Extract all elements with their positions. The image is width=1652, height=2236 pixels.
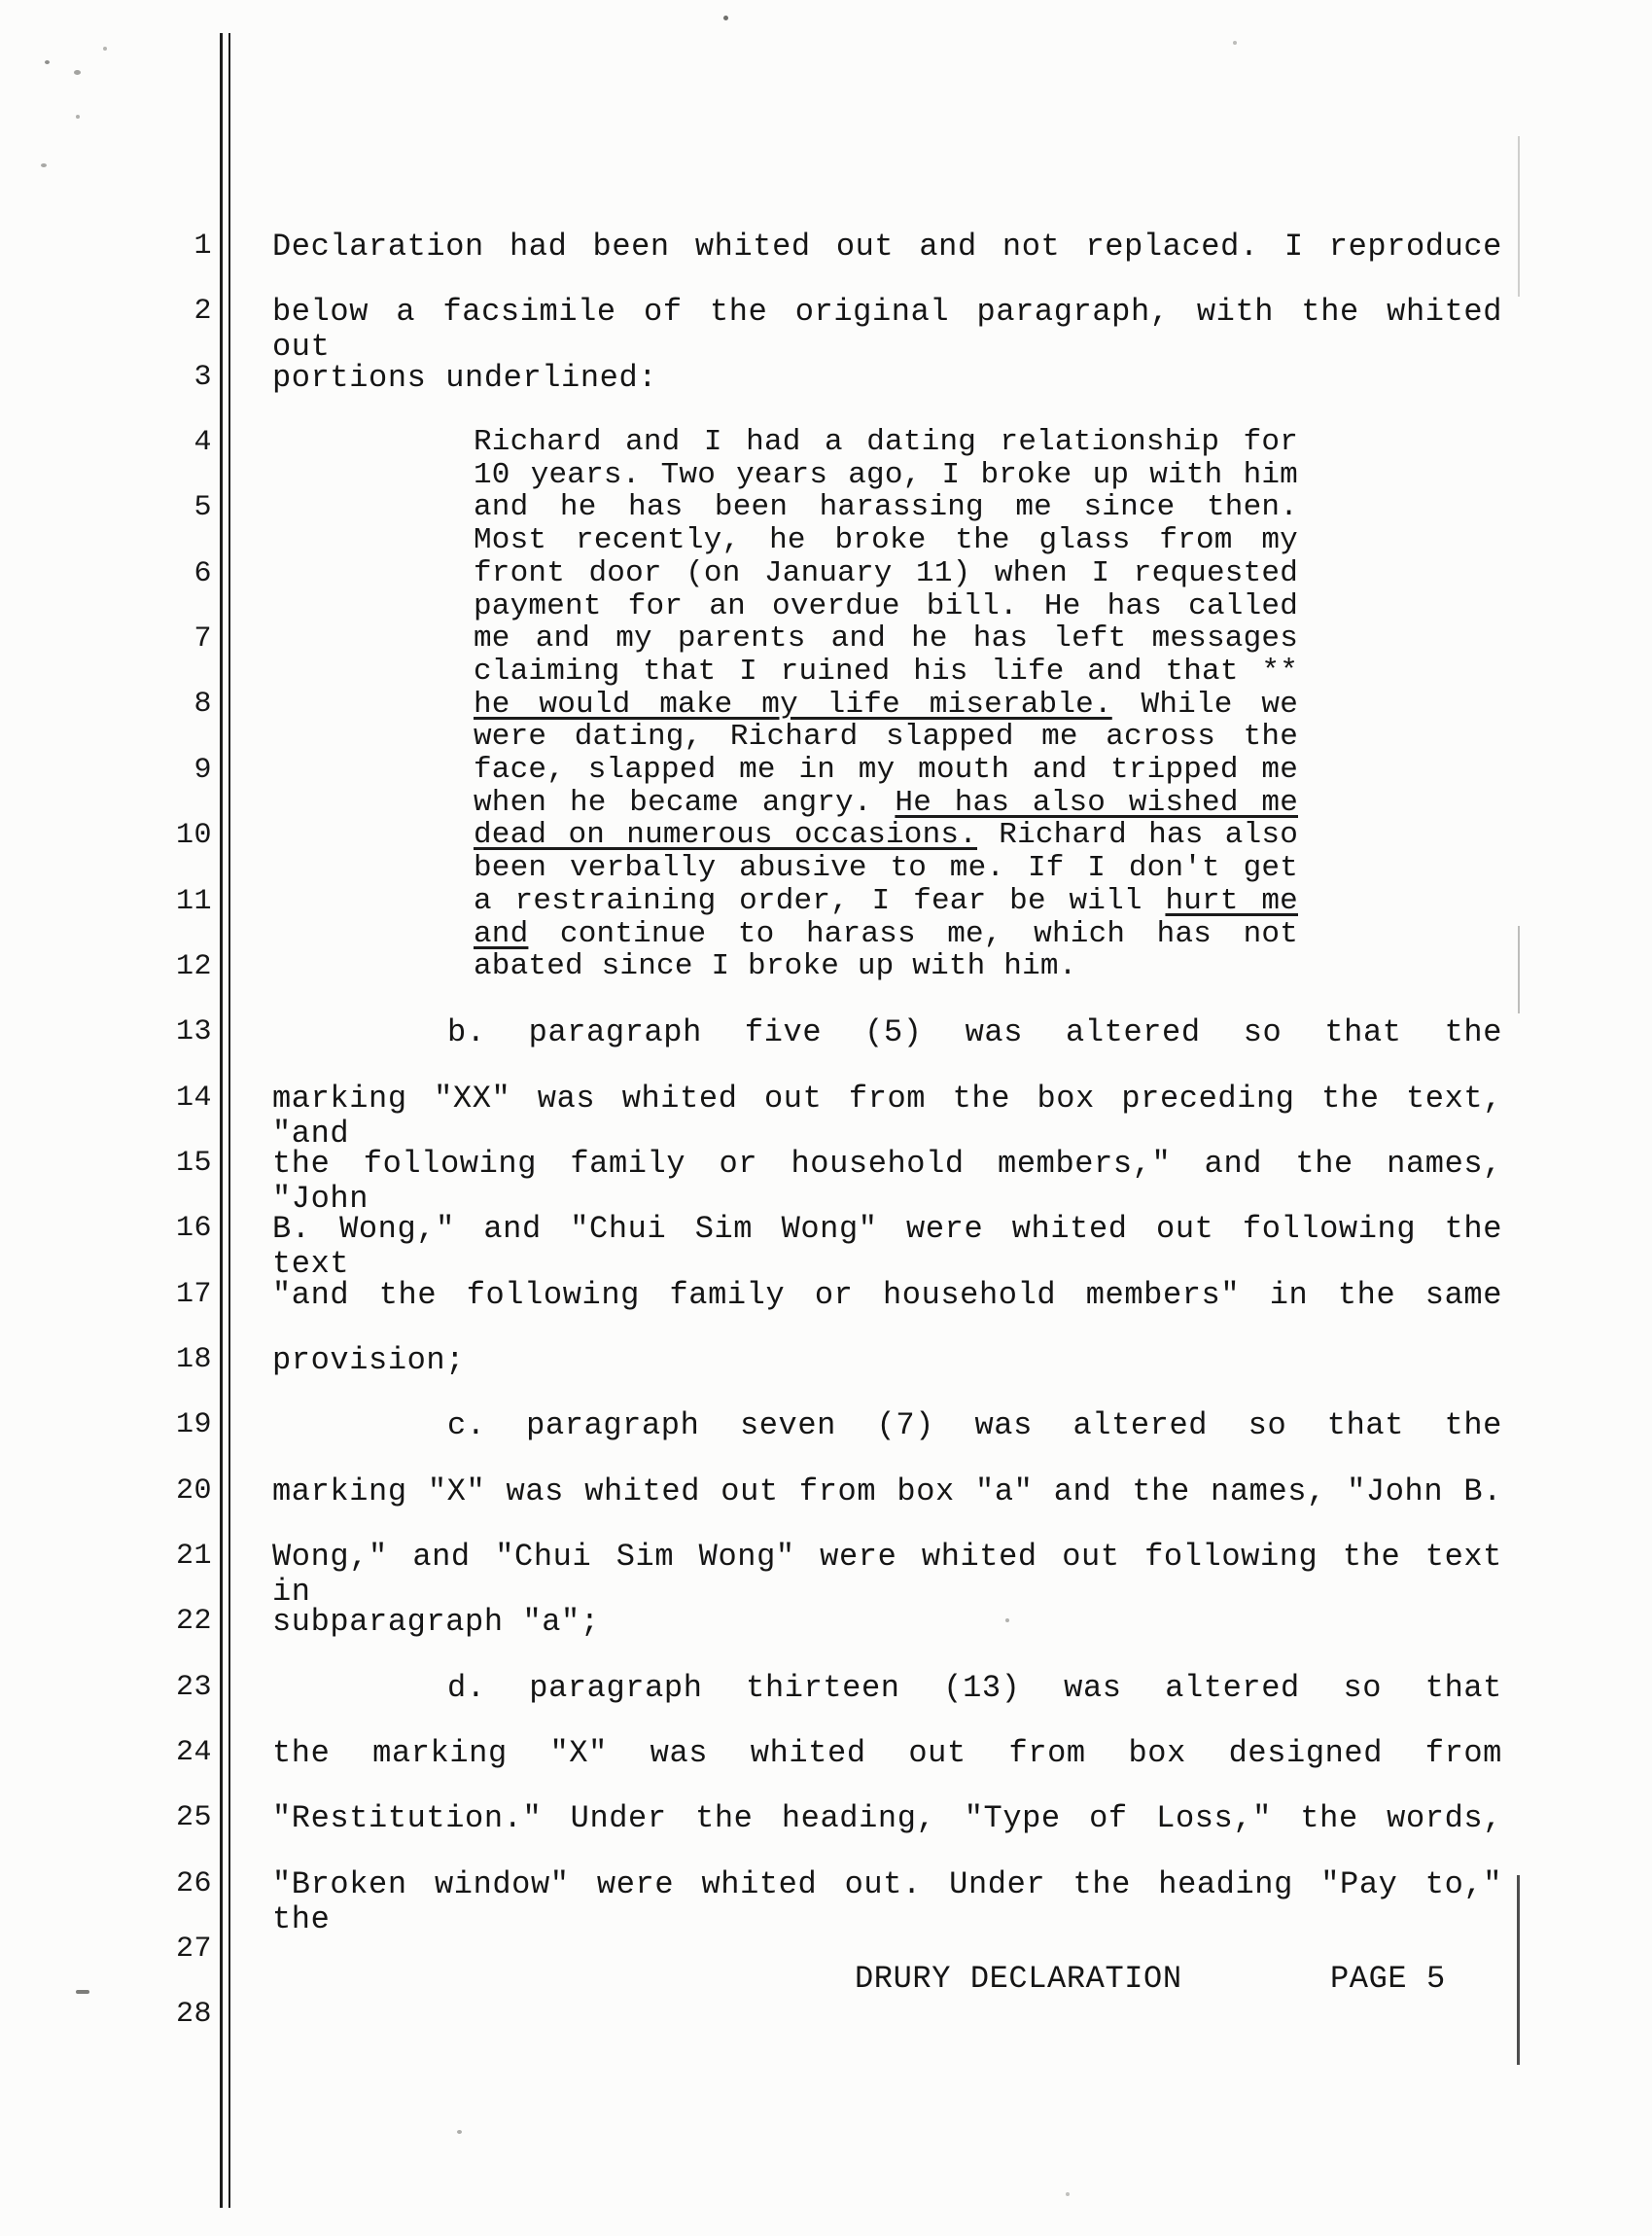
left-margin-rule-inner [228,33,230,2208]
quote-line: when he became angry. He has also wished… [474,787,1298,820]
line-number: 19 [107,1408,212,1441]
quote-text: 10 years. Two years ago, I broke up with… [474,458,1298,492]
underlined-text: He has also wished me [895,786,1298,820]
line-number: 11 [107,885,212,918]
line-number: 24 [107,1736,212,1769]
quote-line: front door (on January 11) when I reques… [474,557,1298,590]
footer-document-label: DRURY DECLARATION [855,1961,1182,1997]
line-number: 13 [107,1015,212,1048]
quote-text: me and my parents and he has left messag… [474,621,1298,656]
quote-line: 10 years. Two years ago, I broke up with… [474,459,1298,492]
quote-text: payment for an overdue bill. He has call… [474,589,1298,623]
text-row: portions underlined: [272,361,1502,396]
text-row: the following family or household member… [272,1147,1502,1217]
scan-artifact [1066,2192,1070,2196]
quote-text: been verbally abusive to me. If I don't … [474,851,1298,885]
underlined-text: he would make my life miserable. [474,688,1112,722]
quote-block: Richard and I had a dating relationship … [474,426,1298,983]
quote-text: Richard has also [977,818,1298,852]
quote-line: dead on numerous occasions. Richard has … [474,819,1298,852]
quote-line: Richard and I had a dating relationship … [474,426,1298,459]
quote-line: payment for an overdue bill. He has call… [474,590,1298,623]
pleading-page: 1234567891011121314151617181920212223242… [0,0,1652,2236]
text-row: "Restitution." Under the heading, "Type … [272,1801,1502,1836]
quote-text: While we [1112,688,1298,722]
line-number: 21 [107,1540,212,1573]
quote-text: Richard and I had a dating relationship … [474,425,1298,459]
quote-text: continue to harass me, which has not [528,917,1298,951]
scan-artifact [41,163,47,167]
quote-line: me and my parents and he has left messag… [474,622,1298,656]
underlined-text: and [474,917,528,951]
underlined-text: hurt me [1165,884,1298,918]
text-row: d. paragraph thirteen (13) was altered s… [272,1671,1502,1706]
quote-line: and he has been harassing me since then. [474,491,1298,524]
footer-page-number: PAGE 5 [1330,1961,1446,1997]
line-number: 2 [107,295,212,328]
text-row: c. paragraph seven (7) was altered so th… [272,1408,1502,1443]
scan-artifact [76,115,80,119]
line-number: 16 [107,1212,212,1245]
line-number: 10 [107,819,212,852]
line-number: 5 [107,491,212,524]
line-number: 7 [107,622,212,656]
text-row: subparagraph "a"; [272,1605,1502,1640]
quote-text: and he has been harassing me since then. [474,490,1298,524]
line-number: 28 [107,1998,212,2031]
text-row: marking "X" was whited out from box "a" … [272,1474,1502,1509]
quote-text: face, slapped me in my mouth and tripped… [474,753,1298,787]
line-number: 26 [107,1867,212,1900]
quote-text: when he became angry. [474,786,895,820]
quote-text: a restraining order, I fear be will [474,884,1165,918]
right-margin-rule-segment [1518,136,1520,297]
scan-artifact [1005,1618,1009,1622]
line-number: 20 [107,1474,212,1508]
text-row: the marking "X" was whited out from box … [272,1736,1502,1771]
quote-line: and continue to harass me, which has not [474,918,1298,951]
quote-text: front door (on January 11) when I reques… [474,556,1298,590]
scan-artifact [103,47,107,51]
quote-line: a restraining order, I fear be will hurt… [474,885,1298,918]
text-row: B. Wong," and "Chui Sim Wong" were white… [272,1212,1502,1282]
page-footer: DRURY DECLARATION PAGE 5 [0,1961,1652,2000]
quote-line: abated since I broke up with him. [474,950,1298,983]
line-number: 9 [107,754,212,787]
text-row: b. paragraph five (5) was altered so tha… [272,1015,1502,1050]
text-row: "and the following family or household m… [272,1278,1502,1313]
scan-artifact [1233,41,1237,45]
scan-artifact [723,16,728,20]
quote-text: abated since I broke up with him. [474,949,1077,983]
scan-artifact [457,2130,462,2134]
scan-artifact [74,70,81,75]
text-row: below a facsimile of the original paragr… [272,295,1502,365]
line-number: 3 [107,361,212,394]
quote-line: been verbally abusive to me. If I don't … [474,852,1298,885]
line-number: 23 [107,1671,212,1704]
text-row: provision; [272,1343,1502,1378]
line-number: 6 [107,557,212,590]
line-number: 15 [107,1147,212,1180]
underlined-text: dead on numerous occasions. [474,818,977,852]
text-row: Declaration had been whited out and not … [272,230,1502,265]
scan-artifact [76,1990,89,1994]
text-row: marking "XX" was whited out from the box… [272,1082,1502,1152]
line-number: 17 [107,1278,212,1311]
scan-artifact [45,60,50,64]
line-number: 4 [107,426,212,459]
text-row: Wong," and "Chui Sim Wong" were whited o… [272,1540,1502,1610]
line-number: 18 [107,1343,212,1376]
quote-line: he would make my life miserable. While w… [474,689,1298,722]
quote-text: Most recently, he broke the glass from m… [474,523,1298,557]
quote-text: claiming that I ruined his life and that… [474,655,1298,689]
line-number: 12 [107,950,212,983]
quote-text: were dating, Richard slapped me across t… [474,720,1298,754]
line-number: 25 [107,1801,212,1834]
line-number: 14 [107,1082,212,1115]
left-margin-rule-outer [220,33,223,2208]
line-number: 8 [107,688,212,721]
right-margin-rule-segment [1518,926,1520,1013]
text-row: "Broken window" were whited out. Under t… [272,1867,1502,1937]
quote-line: Most recently, he broke the glass from m… [474,524,1298,557]
quote-line: claiming that I ruined his life and that… [474,656,1298,689]
line-number: 22 [107,1605,212,1638]
quote-line: face, slapped me in my mouth and tripped… [474,754,1298,787]
quote-line: were dating, Richard slapped me across t… [474,721,1298,754]
line-number: 1 [107,230,212,263]
